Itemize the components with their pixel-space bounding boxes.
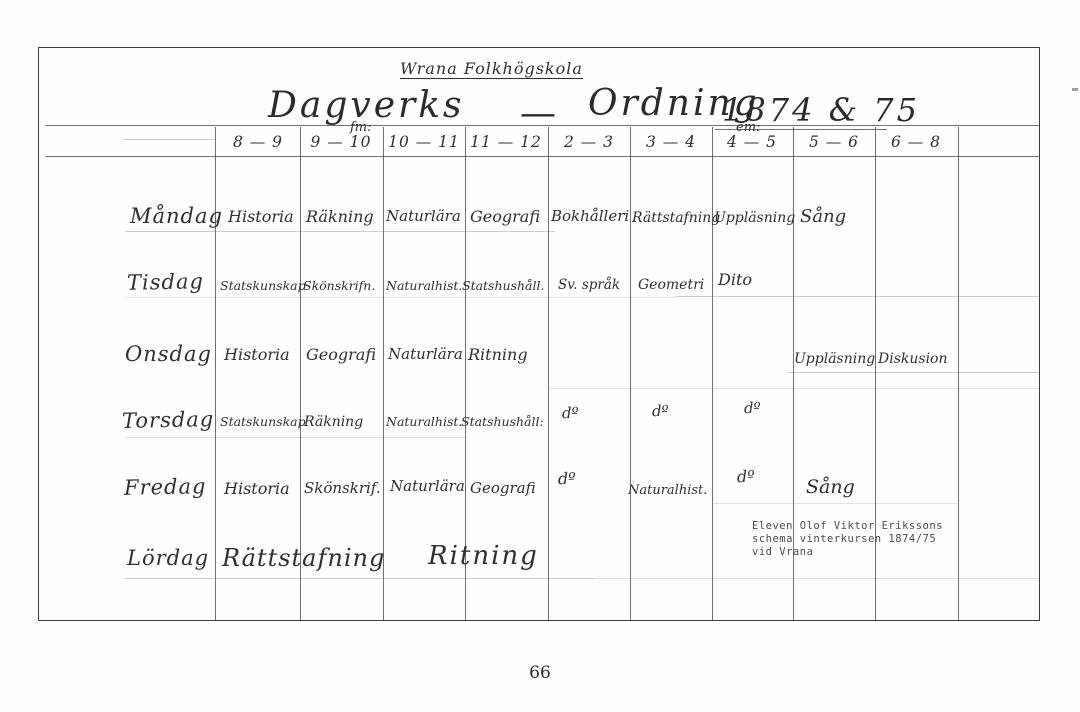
schedule-cell: Skönskrifn. (303, 280, 375, 293)
grid-line-vertical (712, 127, 713, 621)
schedule-cell: Statskunskap (220, 280, 306, 293)
schedule-cell: Bokhålleri (551, 209, 629, 224)
page-title-dash: — (520, 96, 559, 132)
scanned-document-page: Wrana Folkhögskola Dagverks — Ordning 18… (0, 0, 1080, 712)
schedule-cell: Sång (806, 478, 855, 497)
day-label-onsdag: Onsdag (125, 344, 212, 365)
caption-line-3: vid Vrana (752, 546, 813, 559)
row-rule (125, 231, 555, 232)
schedule-cell: Sång (800, 208, 846, 226)
schedule-cell: Naturlära (386, 209, 461, 224)
schedule-cell: Historia (224, 347, 290, 363)
schedule-cell: Uppläsning (714, 211, 795, 225)
ditto-mark: dº (652, 404, 669, 420)
row-rule (125, 297, 675, 298)
day-label-lordag: Lördag (127, 548, 209, 569)
ditto-mark: dº (744, 401, 761, 417)
ditto-mark: dº (558, 471, 576, 488)
schedule-cell: Rättstafning (222, 546, 385, 570)
schedule-cell: Naturlära (390, 479, 465, 494)
schedule-cell: Historia (224, 481, 290, 497)
time-header: 2 — 3 (547, 135, 631, 151)
row-rule (788, 372, 1040, 373)
schedule-cell: Naturalhist. (386, 280, 462, 293)
time-header: 4 — 5 (710, 135, 794, 151)
ditto-mark: dº (562, 406, 579, 422)
schedule-cell: Historia (228, 209, 294, 225)
time-header: 9 — 10 (299, 135, 383, 151)
schedule-cell: Uppläsning (794, 352, 875, 366)
day-label-torsdag: Torsdag (122, 409, 215, 432)
scan-artifact-mark (1072, 88, 1078, 91)
schedule-cell: Räkning (306, 209, 374, 225)
row-rule (675, 296, 1040, 297)
schedule-cell: Geografi (306, 347, 376, 363)
day-label-tisdag: Tisdag (127, 271, 204, 294)
grid-line-vertical (548, 127, 549, 621)
schedule-cell: Diskusion (878, 352, 948, 366)
schedule-cell: Statshushåll. (462, 280, 544, 293)
schedule-cell: Naturalhist. (628, 484, 707, 497)
schedule-cell: Skönskrif. (304, 481, 381, 496)
row-rule (548, 388, 1040, 389)
row-rule (712, 503, 958, 504)
schedule-cell: Statskunskap (220, 416, 306, 429)
page-number: 66 (0, 663, 1080, 683)
row-rule (125, 578, 595, 579)
day-label-mandag: Måndag (130, 206, 223, 227)
schedule-cell: Sv. språk (558, 279, 620, 293)
time-header: 10 — 11 (382, 135, 466, 151)
schedule-cell: Geografi (470, 209, 540, 225)
page-title-word1: Dagverks (268, 88, 465, 124)
schedule-cell: Statshushåll: (461, 416, 544, 429)
header-bottom-rule (45, 156, 1040, 157)
schedule-cell: Naturalhist. (386, 416, 462, 429)
grid-line-vertical (958, 127, 959, 621)
time-header: 6 — 8 (874, 135, 958, 151)
schedule-cell: Geografi (470, 481, 536, 496)
schedule-cell: Geometri (638, 278, 704, 292)
ditto-mark: dº (737, 469, 755, 486)
schedule-cell: Rättstafning (632, 211, 720, 225)
time-header: 3 — 4 (629, 135, 713, 151)
row-rule (125, 437, 465, 438)
schedule-cell: Naturlära (388, 347, 463, 362)
schedule-cell: Räkning (304, 415, 363, 429)
caption-line-1: Eleven Olof Viktor Erikssons (752, 520, 943, 533)
school-name: Wrana Folkhögskola (400, 61, 583, 79)
schedule-cell: Dito (718, 272, 752, 288)
day-label-fredag: Fredag (124, 476, 207, 499)
caption-line-2: schema vinterkursen 1874/75 (752, 533, 936, 546)
header-rule-stub (123, 139, 215, 140)
time-header: 5 — 6 (792, 135, 876, 151)
grid-line-vertical (630, 127, 631, 621)
row-rule (595, 578, 1040, 579)
grid-line-vertical (875, 127, 876, 621)
time-header: 11 — 12 (464, 135, 548, 151)
schedule-cell: Ritning (468, 347, 528, 363)
schedule-cell: Ritning (428, 543, 539, 569)
grid-line-vertical (215, 127, 216, 621)
time-header: 8 — 9 (216, 135, 300, 151)
